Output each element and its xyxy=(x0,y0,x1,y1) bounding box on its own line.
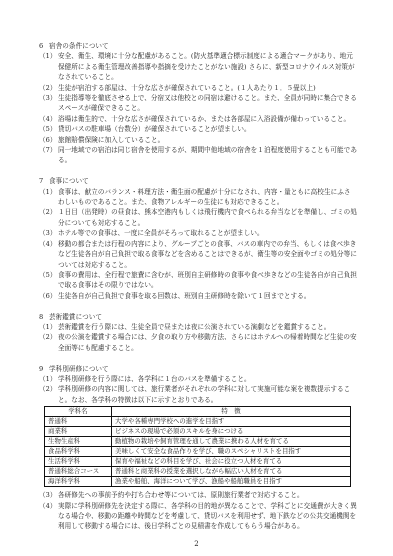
item-label: （4） xyxy=(39,239,58,270)
item-text: 安全、衛生、環境に十分な配慮があること。(防火基準適合標示制度による適合マークが… xyxy=(58,51,357,82)
table-row: 商業科ビジネスの現場で必須のスキルを身につける xyxy=(45,427,351,437)
item-label: （2） xyxy=(39,207,58,228)
item-label: （1） xyxy=(39,187,58,208)
item-text: 各研修先への事前予約や打ち合わせ等については、原則旅行業者で対応すること。 xyxy=(58,490,357,500)
department-feature: 動植物の栽培や飼育管理を通して農業に携わる人材を育てる xyxy=(112,437,351,447)
department-table: 学科名 特 徴 普通科大学や各種専門学校への進学を目指す 商業科ビジネスの現場で… xyxy=(44,406,351,487)
department-name: 生物生産科 xyxy=(45,437,112,447)
section-heading: 8 芸術鑑賞について xyxy=(39,312,357,322)
department-name: 普通科 xyxy=(45,417,112,427)
list-item: （5）食事の費用は、全行程で旅費に含むが、班別自主研修時の食事や食べ歩きなどの生… xyxy=(39,270,357,291)
list-item: （4）実際に学科別研修先を決定する際に、各学科の目的地が異なることで、学科ごとに… xyxy=(39,501,357,532)
item-label: （6） xyxy=(39,291,58,301)
document-page: 6 宿舎の条件について （1）安全、衛生、環境に十分な配慮があること。(防火基準… xyxy=(0,0,393,556)
column-header-department: 学科名 xyxy=(45,407,112,417)
table-row: 海洋科学科漁業や船舶、海洋について学び、漁船や船舶職員を目指す xyxy=(45,477,351,487)
section-art-appreciation: 8 芸術鑑賞について （1）芸術鑑賞を行う際には、生徒全員で昼または夜に公演され… xyxy=(39,312,357,354)
list-item: （3）生徒指導等を徹底させる上で、分宿又は他校との同宿は避けること。また、全員が… xyxy=(39,93,357,114)
item-text: 食事は、献立のバランス・料理方法・衛生面の配慮が十分になされ、内容・量ともに高校… xyxy=(58,187,357,208)
document-body: 6 宿舎の条件について （1）安全、衛生、環境に十分な配慮があること。(防火基準… xyxy=(39,41,357,532)
list-item: （1）食事は、献立のバランス・料理方法・衛生面の配慮が十分になされ、内容・量とも… xyxy=(39,187,357,208)
item-label: （1） xyxy=(39,374,58,384)
department-feature: 普通科と商業科の授業を選択しながら幅広い人材を育てる xyxy=(112,467,351,477)
section-number: 6 xyxy=(39,41,49,51)
list-item: （1）学科別研修を行う際には、各学科に１台のバスを準備すること。 xyxy=(39,374,357,384)
section-heading: 7 食事について xyxy=(39,176,357,186)
department-name: 商業科 xyxy=(45,427,112,437)
table-row: 普通科総合コース普通科と商業科の授業を選択しながら幅広い人材を育てる xyxy=(45,467,351,477)
item-label: （1） xyxy=(39,322,58,332)
item-label: （4） xyxy=(39,501,58,532)
list-item: （4）移動の都合または行程の内容により、グループごとの食事、バスの車内での弁当、… xyxy=(39,239,357,270)
department-feature: 保育や福祉などの科目を学び、社会に役立つ人材を育てる xyxy=(112,457,351,467)
section-number: 9 xyxy=(39,364,49,374)
section-department-training: 9 学科別研修について （1）学科別研修を行う際には、各学科に１台のバスを準備す… xyxy=(39,364,357,532)
list-item: （4）浴場は衛生的で、十分な広さが確保されているか、または各部屋に入浴設備が備わ… xyxy=(39,114,357,124)
item-text: 生徒指導等を徹底させる上で、分宿又は他校との同宿は避けること。また、全員が同時に… xyxy=(58,93,357,114)
table-row: 生物生産科動植物の栽培や飼育管理を通して農業に携わる人材を育てる xyxy=(45,437,351,447)
department-name: 食品科学科 xyxy=(45,447,112,457)
item-label: （3） xyxy=(39,93,58,114)
item-label: （2） xyxy=(39,384,58,405)
section-title: 芸術鑑賞について xyxy=(49,312,102,322)
item-text: 芸術鑑賞を行う際には、生徒全員で昼または夜に公演されている演劇などを鑑賞すること… xyxy=(58,322,357,332)
item-text: 学科別研修の内容に関しては、旅行業者がそれぞれの学科に対して実施可能な案を複数提… xyxy=(58,384,357,405)
item-text: 旅館賠償保険に加入していること。 xyxy=(58,135,357,145)
list-item: （5）貸切バスの駐車場（台数分）が確保されていることが望ましい。 xyxy=(39,124,357,134)
table-header-row: 学科名 特 徴 xyxy=(45,407,351,417)
table-row: 普通科大学や各種専門学校への進学を目指す xyxy=(45,417,351,427)
department-name: 普通科総合コース xyxy=(45,467,112,477)
item-label: （5） xyxy=(39,270,58,291)
item-label: （6） xyxy=(39,135,58,145)
item-text: 浴場は衛生的で、十分な広さが確保されているか、または各部屋に入浴設備が備わってい… xyxy=(58,114,357,124)
item-label: （4） xyxy=(39,114,58,124)
section-meals: 7 食事について （1）食事は、献立のバランス・料理方法・衛生面の配慮が十分にな… xyxy=(39,176,357,301)
list-item: （3）各研修先への事前予約や打ち合わせ等については、原則旅行業者で対応すること。 xyxy=(39,490,357,500)
page-number: 2 xyxy=(0,540,393,548)
table-row: 生活科学科保育や福祉などの科目を学び、社会に役立つ人材を育てる xyxy=(45,457,351,467)
item-label: （3） xyxy=(39,228,58,238)
list-item: （1）芸術鑑賞を行う際には、生徒全員で昼または夜に公演されている演劇などを鑑賞す… xyxy=(39,322,357,332)
department-feature: 大学や各種専門学校への進学を目指す xyxy=(112,417,351,427)
list-item: （2）生徒が宿泊する部屋は、十分な広さが確保されていること。(１人あたり１．５畳… xyxy=(39,83,357,93)
department-feature: 美味しくて安全な食品作りを学び、職のスペシャリストを目指す xyxy=(112,447,351,457)
section-number: 8 xyxy=(39,312,49,322)
list-item: （1）安全、衛生、環境に十分な配慮があること。(防火基準適合標示制度による適合マ… xyxy=(39,51,357,82)
department-feature: ビジネスの現場で必須のスキルを身につける xyxy=(112,427,351,437)
item-label: （2） xyxy=(39,332,58,353)
list-item: （2）夜の公演を鑑賞する場合には、夕食の取り方や移動方法、さらにはホテルへの帰着… xyxy=(39,332,357,353)
list-item: （7）同一地域での宿泊は同じ宿舎を使用するが、期間中他地域の宿舎を１泊程度使用す… xyxy=(39,145,357,166)
item-text: ホテル等での食事は、一度に全員がそろって取れることが望ましい。 xyxy=(58,228,357,238)
list-item: （2）学科別研修の内容に関しては、旅行業者がそれぞれの学科に対して実施可能な案を… xyxy=(39,384,357,405)
list-item: （6）旅館賠償保険に加入していること。 xyxy=(39,135,357,145)
section-title: 学科別研修について xyxy=(49,364,109,374)
item-text: 生徒が宿泊する部屋は、十分な広さが確保されていること。(１人あたり１．５畳以上) xyxy=(58,83,357,93)
item-text: 貸切バスの駐車場（台数分）が確保されていることが望ましい。 xyxy=(58,124,357,134)
item-text: 学科別研修を行う際には、各学科に１台のバスを準備すること。 xyxy=(58,374,357,384)
table-row: 食品科学科美味しくて安全な食品作りを学び、職のスペシャリストを目指す xyxy=(45,447,351,457)
item-label: （3） xyxy=(39,490,58,500)
section-title: 食事について xyxy=(49,176,89,186)
section-title: 宿舎の条件について xyxy=(49,41,109,51)
item-text: 生徒各自が自己負担で食事を取る回数は、班別自主研修時を除いて１回までとする。 xyxy=(58,291,357,301)
item-text: 食事の費用は、全行程で旅費に含むが、班別自主研修時の食事や食べ歩きなどの生徒各自… xyxy=(58,270,357,291)
item-text: 夜の公演を鑑賞する場合には、夕食の取り方や移動方法、さらにはホテルへの帰着時間な… xyxy=(58,332,357,353)
department-feature: 漁業や船舶、海洋について学び、漁船や船舶職員を目指す xyxy=(112,477,351,487)
item-label: （2） xyxy=(39,83,58,93)
item-label: （7） xyxy=(39,145,58,166)
item-label: （1） xyxy=(39,51,58,82)
column-header-features: 特 徴 xyxy=(112,407,351,417)
section-heading: 6 宿舎の条件について xyxy=(39,41,357,51)
item-text: 移動の都合または行程の内容により、グループごとの食事、バスの車内での弁当、もしく… xyxy=(58,239,357,270)
section-number: 7 xyxy=(39,176,49,186)
item-text: 同一地域での宿泊は同じ宿舎を使用するが、期間中他地域の宿舎を１泊程度使用すること… xyxy=(58,145,357,166)
item-text: １日目（出発時）の昼食は、熊本空港内もしくは飛行機内で食べられる弁当などを準備し… xyxy=(58,207,357,228)
item-label: （5） xyxy=(39,124,58,134)
department-name: 海洋科学科 xyxy=(45,477,112,487)
section-heading: 9 学科別研修について xyxy=(39,364,357,374)
list-item: （6）生徒各自が自己負担で食事を取る回数は、班別自主研修時を除いて１回までとする… xyxy=(39,291,357,301)
section-accommodation: 6 宿舎の条件について （1）安全、衛生、環境に十分な配慮があること。(防火基準… xyxy=(39,41,357,166)
department-name: 生活科学科 xyxy=(45,457,112,467)
item-text: 実際に学科別研修先を決定する際に、各学科の目的地が異なることで、学科ごとに交通費… xyxy=(58,501,357,532)
list-item: （2）１日目（出発時）の昼食は、熊本空港内もしくは飛行機内で食べられる弁当などを… xyxy=(39,207,357,228)
list-item: （3）ホテル等での食事は、一度に全員がそろって取れることが望ましい。 xyxy=(39,228,357,238)
